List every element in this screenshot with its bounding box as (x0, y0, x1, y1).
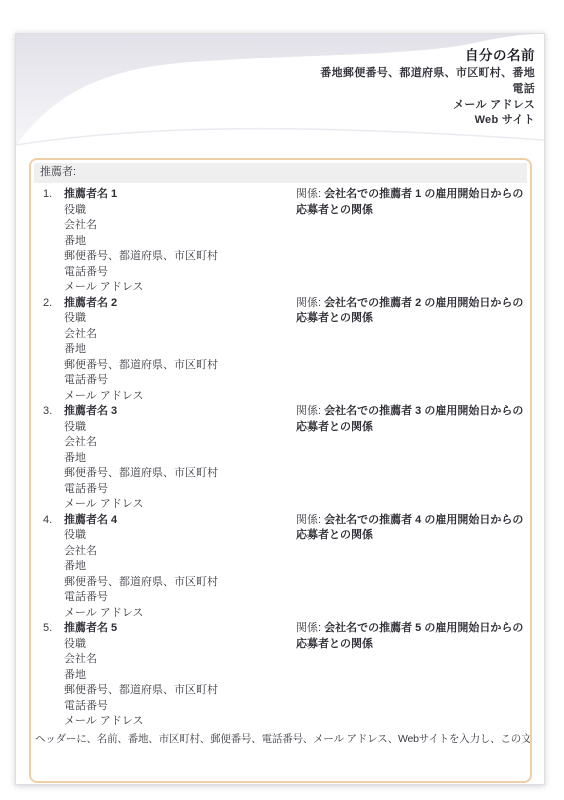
reference-detail-line: メール アドレス (64, 389, 296, 405)
reference-detail-line: 番地 (64, 234, 296, 250)
entry-number: 2. (43, 296, 64, 312)
header-contact-block: 自分の名前 番地郵便番号、都道府県、市区町村、番地 電話 メール アドレス We… (320, 46, 535, 129)
reference-detail-line: 役職 (64, 311, 296, 327)
reference-detail-line: メール アドレス (64, 497, 296, 513)
reference-detail-line: 会社名 (64, 435, 296, 451)
reference-entry: 3. 推薦者名 3 役職会社名番地郵便番号、都道府県、市区町村電話番号メール ア… (33, 404, 528, 513)
reference-name: 推薦者名 5 (64, 621, 296, 637)
relation-text: 会社名での推薦者 2 の雇用開始日からの応募者との関係 (296, 297, 523, 325)
reference-detail-line: 番地 (64, 668, 296, 684)
entry-details: 推薦者名 4 役職会社名番地郵便番号、都道府県、市区町村電話番号メール アドレス (64, 513, 296, 622)
own-email: メール アドレス (320, 98, 535, 114)
reference-detail-line: 会社名 (64, 218, 296, 234)
references-box: 推薦者: 1. 推薦者名 1 役職会社名番地郵便番号、都道府県、市区町村電話番号… (29, 158, 532, 783)
relation-label: 関係: (296, 622, 324, 634)
reference-detail-line: 会社名 (64, 544, 296, 560)
reference-detail-line: 会社名 (64, 327, 296, 343)
own-website: Web サイト (320, 113, 535, 129)
reference-detail-line: 役職 (64, 637, 296, 653)
entry-relation: 関係: 会社名での推薦者 5 の雇用開始日からの応募者との関係 (296, 621, 524, 652)
document-page: 自分の名前 番地郵便番号、都道府県、市区町村、番地 電話 メール アドレス We… (15, 33, 545, 785)
reference-name: 推薦者名 2 (64, 296, 296, 312)
entry-relation: 関係: 会社名での推薦者 2 の雇用開始日からの応募者との関係 (296, 296, 524, 327)
entry-details: 推薦者名 2 役職会社名番地郵便番号、都道府県、市区町村電話番号メール アドレス (64, 296, 296, 405)
footer-instruction-note: ヘッダーに、名前、番地、市区町村、郵便番号、電話番号、メール アドレス、Webサ… (33, 732, 528, 746)
own-name: 自分の名前 (320, 46, 535, 66)
reference-detail-line: 郵便番号、都道府県、市区町村 (64, 358, 296, 374)
reference-detail-line: 役職 (64, 528, 296, 544)
relation-text: 会社名での推薦者 5 の雇用開始日からの応募者との関係 (296, 622, 523, 650)
entry-number: 4. (43, 513, 64, 529)
reference-detail-line: 電話番号 (64, 265, 296, 281)
reference-entry: 4. 推薦者名 4 役職会社名番地郵便番号、都道府県、市区町村電話番号メール ア… (33, 513, 528, 622)
reference-name: 推薦者名 4 (64, 513, 296, 529)
screen: 自分の名前 番地郵便番号、都道府県、市区町村、番地 電話 メール アドレス We… (0, 0, 564, 800)
reference-detail-line: メール アドレス (64, 606, 296, 622)
reference-detail-line: 郵便番号、都道府県、市区町村 (64, 575, 296, 591)
reference-detail-line: 番地 (64, 342, 296, 358)
own-phone: 電話 (320, 82, 535, 98)
relation-label: 関係: (296, 514, 324, 526)
reference-entry: 2. 推薦者名 2 役職会社名番地郵便番号、都道府県、市区町村電話番号メール ア… (33, 296, 528, 405)
reference-name: 推薦者名 3 (64, 404, 296, 420)
entry-details: 推薦者名 5 役職会社名番地郵便番号、都道府県、市区町村電話番号メール アドレス (64, 621, 296, 730)
reference-name: 推薦者名 1 (64, 187, 296, 203)
relation-text: 会社名での推薦者 1 の雇用開始日からの応募者との関係 (296, 188, 523, 216)
reference-entry: 1. 推薦者名 1 役職会社名番地郵便番号、都道府県、市区町村電話番号メール ア… (33, 187, 528, 296)
reference-detail-line: メール アドレス (64, 714, 296, 730)
reference-detail-line: 郵便番号、都道府県、市区町村 (64, 249, 296, 265)
reference-detail-line: 電話番号 (64, 482, 296, 498)
reference-detail-line: 番地 (64, 451, 296, 467)
reference-detail-line: 役職 (64, 203, 296, 219)
reference-detail-line: 電話番号 (64, 699, 296, 715)
entry-number: 5. (43, 621, 64, 637)
entry-number: 3. (43, 404, 64, 420)
reference-entry: 5. 推薦者名 5 役職会社名番地郵便番号、都道府県、市区町村電話番号メール ア… (33, 621, 528, 730)
relation-text: 会社名での推薦者 4 の雇用開始日からの応募者との関係 (296, 514, 523, 542)
own-address: 番地郵便番号、都道府県、市区町村、番地 (320, 66, 535, 82)
entry-relation: 関係: 会社名での推薦者 4 の雇用開始日からの応募者との関係 (296, 513, 524, 544)
reference-detail-line: 番地 (64, 559, 296, 575)
reference-detail-line: 電話番号 (64, 373, 296, 389)
relation-label: 関係: (296, 405, 324, 417)
reference-detail-line: 会社名 (64, 652, 296, 668)
reference-detail-line: 郵便番号、都道府県、市区町村 (64, 466, 296, 482)
reference-detail-line: 電話番号 (64, 590, 296, 606)
reference-detail-line: 郵便番号、都道府県、市区町村 (64, 683, 296, 699)
entry-relation: 関係: 会社名での推薦者 1 の雇用開始日からの応募者との関係 (296, 187, 524, 218)
relation-label: 関係: (296, 188, 324, 200)
entry-details: 推薦者名 3 役職会社名番地郵便番号、都道府県、市区町村電話番号メール アドレス (64, 404, 296, 513)
entry-relation: 関係: 会社名での推薦者 3 の雇用開始日からの応募者との関係 (296, 404, 524, 435)
references-section-title: 推薦者: (34, 163, 527, 183)
reference-detail-line: メール アドレス (64, 280, 296, 296)
entry-details: 推薦者名 1 役職会社名番地郵便番号、都道府県、市区町村電話番号メール アドレス (64, 187, 296, 296)
relation-label: 関係: (296, 297, 324, 309)
references-list: 1. 推薦者名 1 役職会社名番地郵便番号、都道府県、市区町村電話番号メール ア… (33, 184, 528, 730)
entry-number: 1. (43, 187, 64, 203)
relation-text: 会社名での推薦者 3 の雇用開始日からの応募者との関係 (296, 405, 523, 433)
reference-detail-line: 役職 (64, 420, 296, 436)
